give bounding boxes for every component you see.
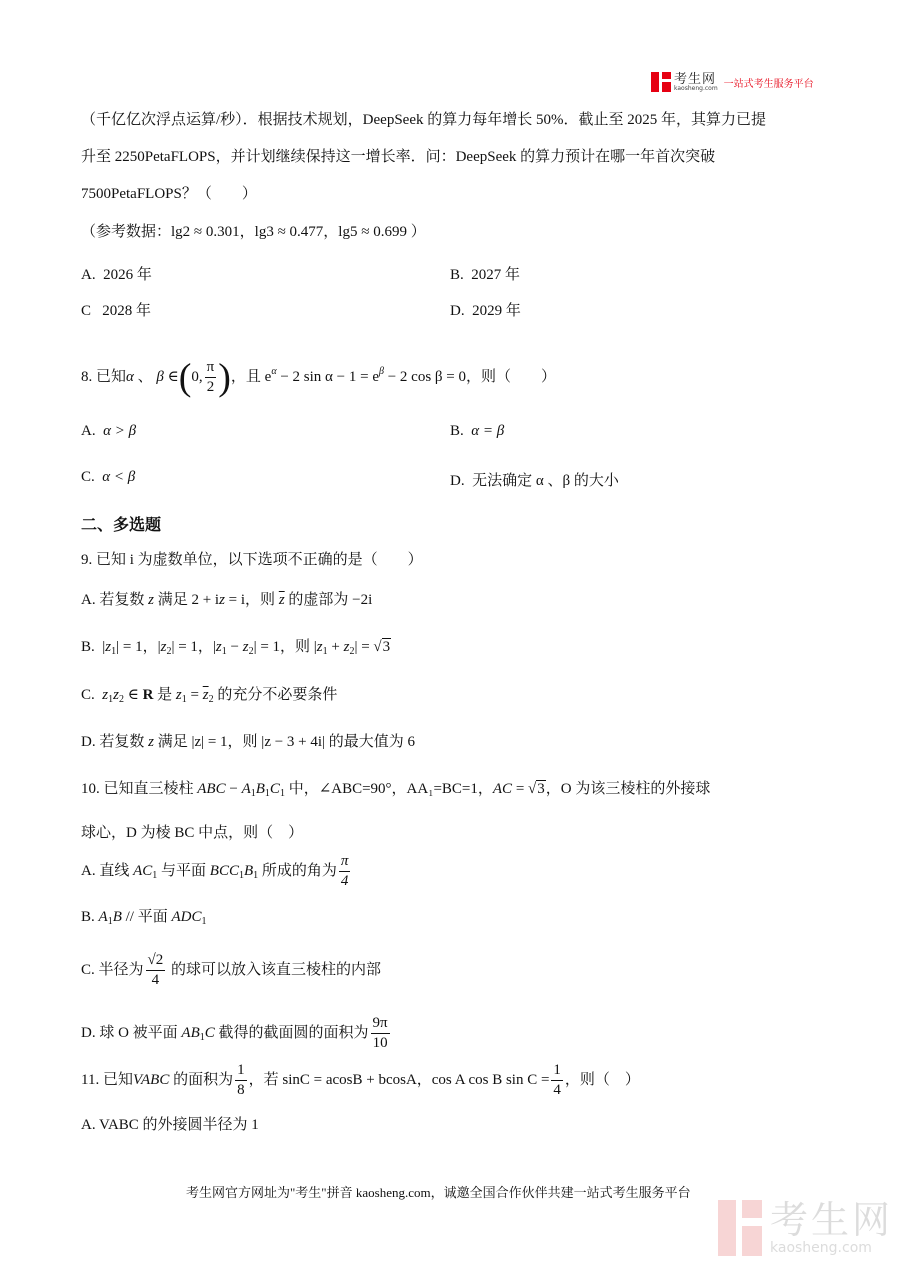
q10-option-a[interactable]: A. 直线 AC1 与平面 BCC1B1 所成的角为π4	[81, 853, 352, 894]
q7-line1: （千亿亿次浮点运算/秒）．根据技术规划，DeepSeek 的算力每年增长 50%…	[81, 108, 766, 129]
q8-option-c[interactable]: C. α < β	[81, 469, 135, 486]
q7-option-a[interactable]: A. 2026 年	[81, 263, 152, 284]
watermark-cn: 考生网	[770, 1201, 893, 1239]
q8-stem: 8. 已知α 、 β ∈(0,π2)，且 eα − 2 sin α − 1 = …	[81, 352, 556, 397]
q7-option-b[interactable]: B. 2027 年	[450, 263, 520, 284]
watermark-en: kaosheng.com	[770, 1241, 893, 1255]
q11-stem: 11. 已知VABC 的面积为18，若 sinC = acosB + bcosA…	[81, 1060, 640, 1100]
watermark-logo: 考生网 kaosheng.com	[718, 1200, 893, 1256]
q9-option-a[interactable]: A. 若复数 z 满足 2 + iz = i，则 z 的虚部为 −2i	[81, 588, 372, 609]
q11-option-a[interactable]: A. VABC 的外接圆半径为 1	[81, 1113, 259, 1134]
q10-option-c[interactable]: C. 半径为√24 的球可以放入该直三棱柱的内部	[81, 950, 381, 990]
q10-stem-line2: 球心，D 为棱 BC 中点，则（ ）	[81, 821, 303, 842]
q10-stem-line1: 10. 已知直三棱柱 ABC − A1B1C1 中，∠ABC=90°，AA₁=B…	[81, 777, 710, 799]
logo-cn-text: 考生网	[674, 73, 718, 86]
q9-option-d[interactable]: D. 若复数 z 满足 |z| = 1，则 |z − 3 + 4i| 的最大值为…	[81, 730, 415, 751]
q9-option-c[interactable]: C. z1z2 ∈ R 是 z1 = z2 的充分不必要条件	[81, 683, 337, 705]
q7-line3: 7500PetaFLOPS？（ ）	[81, 182, 257, 203]
footer-text: 考生网官方网址为"考生"拼音 kaosheng.com，诚邀全国合作伙伴共建一站…	[186, 1182, 691, 1201]
section-title-multiple-choice: 二、多选题	[81, 512, 161, 535]
kaosheng-logo-icon	[651, 72, 671, 92]
watermark-logo-icon	[718, 1200, 762, 1256]
q7-reference-data: （参考数据：lg2 ≈ 0.301，lg3 ≈ 0.477，lg5 ≈ 0.69…	[81, 220, 426, 241]
q10-option-b[interactable]: B. A1B // 平面 ADC1	[81, 905, 206, 927]
q7-option-c[interactable]: C 2028 年	[81, 299, 151, 320]
q10-option-d[interactable]: D. 球 O 被平面 AB1C 截得的截面圆的面积为9π10	[81, 1013, 392, 1058]
header-logo: 考生网 kaosheng.com 一站式考生服务平台	[651, 72, 814, 92]
q9-stem: 9. 已知 i 为虚数单位，以下选项不正确的是（ ）	[81, 548, 423, 569]
q7-option-d[interactable]: D. 2029 年	[450, 299, 521, 320]
q9-option-b[interactable]: B. |z1| = 1，|z2| = 1，|z1 − z2| = 1，则 |z1…	[81, 635, 391, 657]
q8-option-b[interactable]: B. α = β	[450, 423, 504, 440]
q7-line2: 升至 2250PetaFLOPS，并计划继续保持这一增长率．问：DeepSeek…	[81, 145, 715, 166]
q8-option-d[interactable]: D. 无法确定 α 、β 的大小	[450, 469, 619, 490]
logo-en-text: kaosheng.com	[674, 86, 718, 92]
q8-option-a[interactable]: A. α > β	[81, 423, 136, 440]
header-slogan: 一站式考生服务平台	[724, 75, 814, 90]
